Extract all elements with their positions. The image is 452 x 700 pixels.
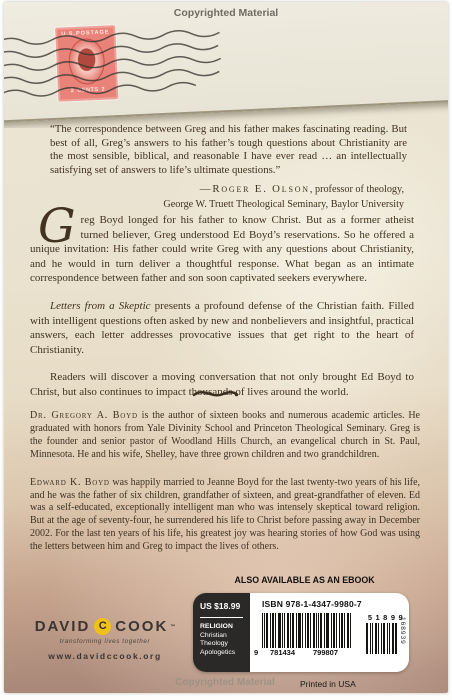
logo-cook: COOK <box>115 618 168 635</box>
publisher-logo: DAVID C COOK ™ <box>23 618 187 635</box>
book-title: Letters from a Skeptic <box>50 300 151 312</box>
attribution-line2: George W. Truett Theological Seminary, B… <box>163 199 404 210</box>
paragraph-2: Letters from a Skeptic presents a profou… <box>30 299 414 357</box>
ebook-availability-note: ALSO AVAILABLE AS AN EBOOK <box>235 575 375 586</box>
endorsement-attribution: —Roger E. Olson, professor of theology, … <box>163 179 404 210</box>
book-back-cover: U.S.POSTAGE 2 CENTS 2 <box>4 2 448 693</box>
category-apologetics: Apologetics <box>200 649 250 658</box>
publisher-c-logo-icon: C <box>94 618 111 635</box>
back-cover-copy: Greg Boyd longed for his father to know … <box>30 213 414 400</box>
printed-in-usa: Printed in USA <box>300 679 380 689</box>
copyrighted-material-top: Copyrighted Material <box>4 7 448 19</box>
logo-david: DAVID <box>35 618 91 635</box>
ean-digit-group2: 799807 <box>311 648 340 657</box>
barcode-sticker: US $18.99 RELIGION Christian Theology Ap… <box>193 593 409 672</box>
attribution-name: —Roger E. Olson <box>200 183 310 195</box>
category-theology: Christian Theology <box>200 632 250 649</box>
endorsement-quote: “The correspondence between Greg and his… <box>50 123 407 177</box>
author-bio-gregory-boyd: Dr. Gregory A. Boyd is the author of six… <box>30 409 420 461</box>
ean-digit-group1: 781434 <box>268 648 297 657</box>
copyrighted-material-bottom: Copyrighted Material <box>150 677 300 688</box>
ean-digits: 9 781434 799807 <box>262 648 356 657</box>
divider-swash-icon <box>190 386 242 402</box>
isbn-number: ISBN 978-1-4347-9980-7 <box>262 599 362 609</box>
publisher-website: www.davidccook.org <box>23 651 187 661</box>
drop-cap: G <box>38 213 76 241</box>
trademark-symbol: ™ <box>170 624 175 630</box>
envelope-photo-band: U.S.POSTAGE 2 CENTS 2 <box>4 2 448 128</box>
paragraph-1: Greg Boyd longed for his father to know … <box>30 213 414 286</box>
category-religion: RELIGION <box>200 623 250 632</box>
panel-divider <box>200 617 243 618</box>
ean-barcode: 9 781434 799807 <box>262 613 356 657</box>
inventory-side-code: 168939 <box>399 617 406 645</box>
bio-1-name: Dr. Gregory A. Boyd <box>30 410 138 421</box>
barcode-panel: ISBN 978-1-4347-9980-7 9 781434 799807 5… <box>250 593 409 672</box>
price: US $18.99 <box>200 601 250 611</box>
attribution-line1: —Roger E. Olson, professor of theology, <box>163 179 404 197</box>
bio-2-name: Edward K. Boyd <box>30 477 110 488</box>
envelope: U.S.POSTAGE 2 CENTS 2 <box>4 2 448 123</box>
ean-bars <box>262 613 356 648</box>
bio-2-text: was happily married to Jeanne Boyd for t… <box>30 477 420 552</box>
publisher-block: DAVID C COOK ™ transforming lives togeth… <box>23 618 187 661</box>
postmark-cancellation-lines-icon <box>4 26 226 102</box>
attribution-title: , professor of theology, <box>310 184 404 195</box>
author-bio-edward-boyd: Edward K. Boyd was happily married to Je… <box>30 477 420 553</box>
ean-digit-lead: 9 <box>254 648 258 657</box>
publisher-tagline: transforming lives together <box>23 638 187 645</box>
product-photo-background: U.S.POSTAGE 2 CENTS 2 <box>0 0 452 700</box>
paragraph-1-text: reg Boyd longed for his father to know C… <box>30 214 414 284</box>
price-category-panel: US $18.99 RELIGION Christian Theology Ap… <box>193 593 250 672</box>
